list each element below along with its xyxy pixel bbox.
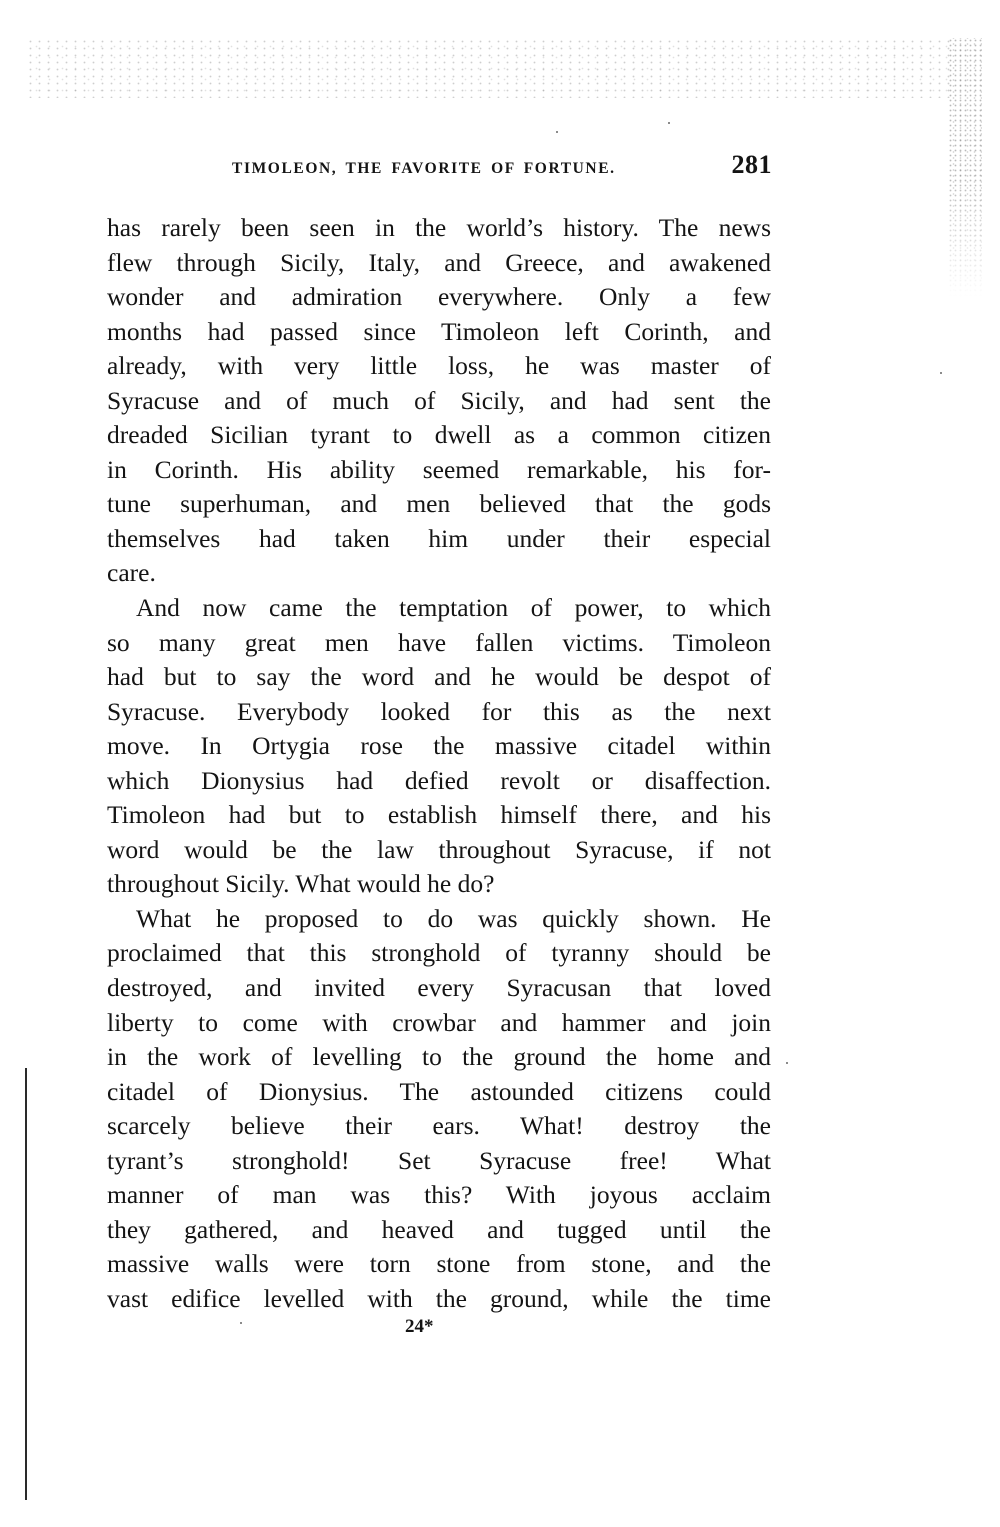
running-head: TIMOLEON, THE FAVORITE OF FORTUNE. 281 bbox=[232, 150, 772, 190]
text-line: move. In Ortygia rose the massive citade… bbox=[107, 729, 771, 764]
text-line: they gathered, and heaved and tugged unt… bbox=[107, 1213, 771, 1248]
text-line: tune superhuman, and men believed that t… bbox=[107, 487, 771, 522]
text-line: Syracuse and of much of Sicily, and had … bbox=[107, 384, 771, 419]
text-line: massive walls were torn stone from stone… bbox=[107, 1247, 771, 1282]
text-line: care. bbox=[107, 556, 771, 591]
text-line: which Dionysius had defied revolt or dis… bbox=[107, 764, 771, 799]
text-line: so many great men have fallen victims. T… bbox=[107, 626, 771, 661]
text-line: scarcely believe their ears. What! destr… bbox=[107, 1109, 771, 1144]
scan-speck bbox=[940, 372, 942, 374]
text-line: in Corinth. His ability seemed remarkabl… bbox=[107, 453, 771, 488]
running-head-title: TIMOLEON, THE FAVORITE OF FORTUNE. bbox=[232, 160, 616, 178]
text-line: tyrant’s stronghold! Set Syracuse free! … bbox=[107, 1144, 771, 1179]
scan-speck bbox=[668, 122, 670, 124]
text-line: word would be the law throughout Syracus… bbox=[107, 833, 771, 868]
text-line: in the work of levelling to the ground t… bbox=[107, 1040, 771, 1075]
text-line: flew through Sicily, Italy, and Greece, … bbox=[107, 246, 771, 281]
signature-mark: 24* bbox=[405, 1316, 434, 1338]
body-text: has rarely been seen in the world’s hist… bbox=[107, 211, 771, 1317]
text-line: dreaded Sicilian tyrant to dwell as a co… bbox=[107, 418, 771, 453]
paragraph-3: What he proposed to do was quickly shown… bbox=[107, 902, 771, 1317]
paragraph-2: And now came the temptation of power, to… bbox=[107, 591, 771, 902]
paragraph-1: has rarely been seen in the world’s hist… bbox=[107, 211, 771, 591]
text-line: vast edifice levelled with the ground, w… bbox=[107, 1282, 771, 1317]
text-line: already, with very little loss, he was m… bbox=[107, 349, 771, 384]
text-line: had but to say the word and he would be … bbox=[107, 660, 771, 695]
text-line: And now came the temptation of power, to… bbox=[107, 591, 771, 626]
text-line: months had passed since Timoleon left Co… bbox=[107, 315, 771, 350]
scan-noise-right-edge bbox=[948, 38, 982, 298]
text-line: What he proposed to do was quickly shown… bbox=[107, 902, 771, 937]
text-line: citadel of Dionysius. The astounded citi… bbox=[107, 1075, 771, 1110]
text-line: Timoleon had but to establish himself th… bbox=[107, 798, 771, 833]
page-number: 281 bbox=[732, 150, 773, 180]
text-line: wonder and admiration everywhere. Only a… bbox=[107, 280, 771, 315]
scan-margin-rule bbox=[25, 1068, 27, 1500]
text-line: liberty to come with crowbar and hammer … bbox=[107, 1006, 771, 1041]
scan-speck bbox=[240, 1322, 242, 1324]
text-line: themselves had taken him under their esp… bbox=[107, 522, 771, 557]
text-line: destroyed, and invited every Syracusan t… bbox=[107, 971, 771, 1006]
scan-speck bbox=[556, 131, 558, 133]
text-line: throughout Sicily. What would he do? bbox=[107, 867, 771, 902]
text-line: has rarely been seen in the world’s hist… bbox=[107, 211, 771, 246]
text-line: manner of man was this? With joyous accl… bbox=[107, 1178, 771, 1213]
scan-noise-top bbox=[26, 38, 956, 98]
text-line: proclaimed that this stronghold of tyran… bbox=[107, 936, 771, 971]
text-line: Syracuse. Everybody looked for this as t… bbox=[107, 695, 771, 730]
scan-speck bbox=[786, 1062, 788, 1064]
